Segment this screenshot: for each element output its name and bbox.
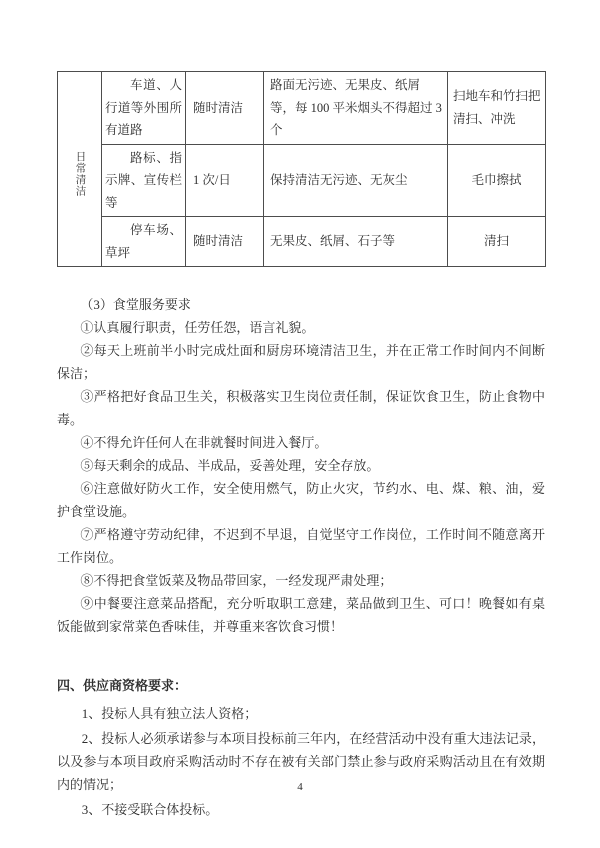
canteen-item-7: ⑦严格遵守劳动纪律，不迟到不早退，自觉坚守工作岗位，工作时间不随意离开工作岗位。 [57,523,545,569]
method-cell: 清扫 [448,217,546,267]
canteen-item-2: ②每天上班前半小时完成灶面和厨房环境清洁卫生，并在正常工作时间内不间断保洁； [57,339,545,385]
category-vertical-label: 日常清洁 [73,151,87,197]
canteen-item-6: ⑥注意做好防火工作，安全使用燃气，防止火灾，节约水、电、煤、粮、油，爱护食堂设施… [57,477,545,523]
supplier-item-3: 3、不接受联合体投标。 [57,798,545,821]
page-number: 4 [297,781,303,793]
frequency-cell: 1 次/日 [186,144,264,217]
canteen-item-3: ③严格把好食品卫生关，积极落实卫生岗位责任制，保证饮食卫生，防止食物中毒。 [57,385,545,431]
cleaning-schedule-table: 日常清洁 车道、人行道等外围所有道路 随时清洁 路面无污迹、无果皮、纸屑等，每 … [57,71,546,267]
supplier-section-heading: 四、供应商资格要求： [57,674,545,697]
page-footer: 4 [0,781,600,793]
supplier-qualification-section: 四、供应商资格要求： 1、投标人具有独立法人资格； 2、投标人必须承诺参与本项目… [57,674,545,821]
standard-cell: 路面无污迹、无果皮、纸屑等，每 100 平米烟头不得超过 3 个 [264,72,448,145]
canteen-item-8: ⑧不得把食堂饭菜及物品带回家，一经发现严肃处理； [57,569,545,592]
table-row: 日常清洁 车道、人行道等外围所有道路 随时清洁 路面无污迹、无果皮、纸屑等，每 … [58,72,546,145]
document-page: 日常清洁 车道、人行道等外围所有道路 随时清洁 路面无污迹、无果皮、纸屑等，每 … [0,0,600,848]
frequency-cell: 随时清洁 [186,72,264,145]
table-row: 路标、指示牌、宣传栏等 1 次/日 保持清洁无污迹、无灰尘 毛巾擦拭 [58,144,546,217]
table-row: 停车场、草坪 随时清洁 无果皮、纸屑、石子等 清扫 [58,217,546,267]
supplier-item-1: 1、投标人具有独立法人资格； [57,702,545,725]
page-content: 日常清洁 车道、人行道等外围所有道路 随时清洁 路面无污迹、无果皮、纸屑等，每 … [57,71,545,823]
canteen-item-4: ④不得允许任何人在非就餐时间进入餐厅。 [57,431,545,454]
method-cell: 毛巾擦拭 [448,144,546,217]
canteen-service-section: （3）食堂服务要求 ①认真履行职责，任劳任怨，语言礼貌。 ②每天上班前半小时完成… [57,293,545,638]
canteen-section-heading: （3）食堂服务要求 [57,293,545,316]
standard-cell: 无果皮、纸屑、石子等 [264,217,448,267]
frequency-cell: 随时清洁 [186,217,264,267]
canteen-item-9: ⑨中餐要注意菜品搭配，充分听取职工意建，菜品做到卫生、可口！晚餐如有桌饭能做到家… [57,592,545,638]
standard-cell: 保持清洁无污迹、无灰尘 [264,144,448,217]
category-cell: 日常清洁 [58,72,102,267]
area-cell: 路标、指示牌、宣传栏等 [102,144,186,217]
canteen-item-1: ①认真履行职责，任劳任怨，语言礼貌。 [57,316,545,339]
area-cell: 车道、人行道等外围所有道路 [102,72,186,145]
area-cell: 停车场、草坪 [102,217,186,267]
canteen-item-5: ⑤每天剩余的成品、半成品，妥善处理，安全存放。 [57,454,545,477]
method-cell: 扫地车和竹扫把清扫、冲洗 [448,72,546,145]
